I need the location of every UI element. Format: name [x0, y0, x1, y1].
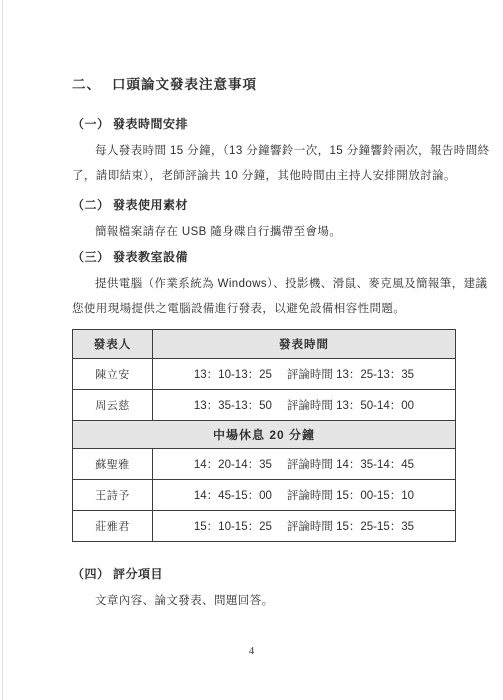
presentation-time: 13：10-13：25: [194, 366, 272, 382]
presentation-schedule-table: 發表人 發表時間 陳立安 13：10-13：25 評論時間 13：25-13：3…: [72, 329, 456, 542]
review-time: 評論時間 13：50-14：00: [287, 397, 414, 413]
presenter-name: 陳立安: [73, 359, 153, 390]
section-3-title: 發表教室設備: [113, 249, 188, 266]
table-row: 莊雅君 15：10-15：25 評論時間 15：25-15：35: [73, 511, 456, 542]
paragraph-line: 您使用現場提供之電腦設備進行發表，以避免設備相容性問題。: [72, 297, 456, 322]
presentation-time: 15：10-15：25: [194, 518, 272, 534]
document-page: 二、 口頭論文發表注意事項 （一） 發表時間安排 每人發表時間 15 分鐘，（1…: [0, 0, 503, 700]
presenter-name: 莊雅君: [73, 511, 153, 542]
table-row: 陳立安 13：10-13：25 評論時間 13：25-13：35: [73, 359, 456, 390]
main-heading-title: 口頭論文發表注意事項: [112, 76, 257, 94]
time-cell: 14：45-15：00 評論時間 15：00-15：10: [153, 487, 455, 503]
section-4-label: （四）: [72, 566, 113, 583]
time-cell: 15：10-15：25 評論時間 15：25-15：35: [153, 518, 455, 534]
section-2-label: （二）: [72, 197, 113, 214]
table-row: 蘇聖雅 14：20-14：35 評論時間 14：35-14：45: [73, 449, 456, 480]
section-1-body: 每人發表時間 15 分鐘，（13 分鐘響鈴一次，15 分鐘響鈴兩次，報告時間終 …: [72, 139, 456, 189]
presentation-time: 14：20-14：35: [194, 456, 272, 472]
presenter-name: 蘇聖雅: [73, 449, 153, 480]
paragraph-line: 提供電腦（作業系統為 Windows）、投影機、滑鼠、麥克風及簡報筆，建議: [72, 272, 456, 297]
paragraph-line: 每人發表時間 15 分鐘，（13 分鐘響鈴一次，15 分鐘響鈴兩次，報告時間終: [72, 139, 456, 164]
section-4-body: 文章內容、論文發表、問題回答。: [72, 589, 456, 614]
header-cell-time: 發表時間: [153, 330, 456, 359]
section-heading-2: （二） 發表使用素材: [72, 197, 456, 214]
presenter-name: 王詩予: [73, 480, 153, 511]
section-1-title: 發表時間安排: [113, 116, 188, 133]
main-heading-numeral: 二、: [72, 76, 112, 94]
table-row: 周云慈 13：35-13：50 評論時間 13：50-14：00: [73, 390, 456, 421]
review-time: 評論時間 15：00-15：10: [287, 487, 414, 503]
section-2-title: 發表使用素材: [113, 197, 188, 214]
page-content: 二、 口頭論文發表注意事項 （一） 發表時間安排 每人發表時間 15 分鐘，（1…: [72, 76, 456, 614]
page-number: 4: [0, 645, 503, 657]
section-2-body: 簡報檔案請存在 USB 隨身碟自行攜帶至會場。: [72, 220, 456, 245]
presentation-time: 13：35-13：50: [194, 397, 272, 413]
break-label: 中場休息 20 分鐘: [73, 421, 456, 449]
section-1-label: （一）: [72, 116, 113, 133]
paragraph-line: 了，請即結束），老師評論共 10 分鐘，其他時間由主持人安排開放討論。: [72, 164, 456, 189]
section-heading-3: （三） 發表教室設備: [72, 249, 456, 266]
time-cell: 13：10-13：25 評論時間 13：25-13：35: [153, 366, 455, 382]
section-heading-4: （四） 評分項目: [72, 566, 456, 583]
page-edge: [2, 0, 3, 700]
section-4-title: 評分項目: [113, 566, 163, 583]
break-row: 中場休息 20 分鐘: [73, 421, 456, 449]
main-heading: 二、 口頭論文發表注意事項: [72, 76, 456, 94]
review-time: 評論時間 15：25-15：35: [287, 518, 414, 534]
table-row: 王詩予 14：45-15：00 評論時間 15：00-15：10: [73, 480, 456, 511]
time-cell: 13：35-13：50 評論時間 13：50-14：00: [153, 397, 455, 413]
paragraph-line: 簡報檔案請存在 USB 隨身碟自行攜帶至會場。: [72, 220, 456, 245]
paragraph-line: 文章內容、論文發表、問題回答。: [72, 589, 456, 614]
section-3-label: （三）: [72, 249, 113, 266]
section-3-body: 提供電腦（作業系統為 Windows）、投影機、滑鼠、麥克風及簡報筆，建議 您使…: [72, 272, 456, 322]
presentation-time: 14：45-15：00: [194, 487, 272, 503]
review-time: 評論時間 13：25-13：35: [287, 366, 414, 382]
review-time: 評論時間 14：35-14：45: [287, 456, 414, 472]
header-cell-presenter: 發表人: [73, 330, 153, 359]
presenter-name: 周云慈: [73, 390, 153, 421]
table-header-row: 發表人 發表時間: [73, 330, 456, 359]
section-heading-1: （一） 發表時間安排: [72, 116, 456, 133]
time-cell: 14：20-14：35 評論時間 14：35-14：45: [153, 456, 455, 472]
